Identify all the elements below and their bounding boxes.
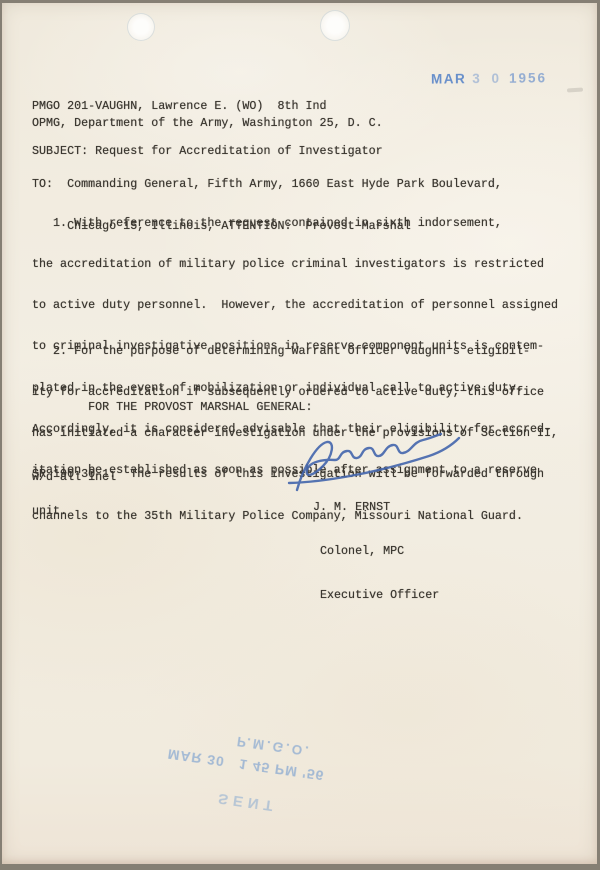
stamp-day: 3 0 bbox=[472, 71, 503, 86]
signed-name: J. M. ERNST bbox=[313, 500, 439, 515]
para1-line: the accreditation of military police cri… bbox=[32, 258, 558, 272]
punch-hole-ghost-right bbox=[320, 10, 350, 41]
stamp-month: MAR bbox=[431, 71, 466, 86]
scanned-document-page: PMGO 201-VAUGHN, Lawrence E. (WO) 8th In… bbox=[0, 0, 600, 870]
from-line: OPMG, Department of the Army, Washington… bbox=[32, 117, 383, 131]
signed-rank: Colonel, MPC bbox=[313, 544, 439, 559]
para2-line: 2. For the purpose of determining Warran… bbox=[32, 345, 558, 359]
para1-line: 1. With reference to the request contain… bbox=[32, 217, 558, 231]
signature-block: J. M. ERNST Colonel, MPC Executive Offic… bbox=[313, 471, 439, 632]
punch-hole-ghost-left bbox=[127, 13, 155, 41]
para2-line: channels to the 35th Military Police Com… bbox=[32, 510, 558, 524]
stamp-year: 1956 bbox=[509, 70, 547, 85]
reference-line: PMGO 201-VAUGHN, Lawrence E. (WO) 8th In… bbox=[32, 99, 383, 114]
authority-line: FOR THE PROVOST MARSHAL GENERAL: bbox=[32, 401, 313, 415]
enclosure-note: w/d all incl bbox=[32, 471, 116, 485]
para1-line: to active duty personnel. However, the a… bbox=[32, 299, 558, 313]
para2-line: ity for accreditation if subsequently or… bbox=[32, 386, 558, 400]
signed-title: Executive Officer bbox=[313, 588, 439, 603]
date-received-stamp: MAR3 01956 bbox=[431, 70, 547, 86]
